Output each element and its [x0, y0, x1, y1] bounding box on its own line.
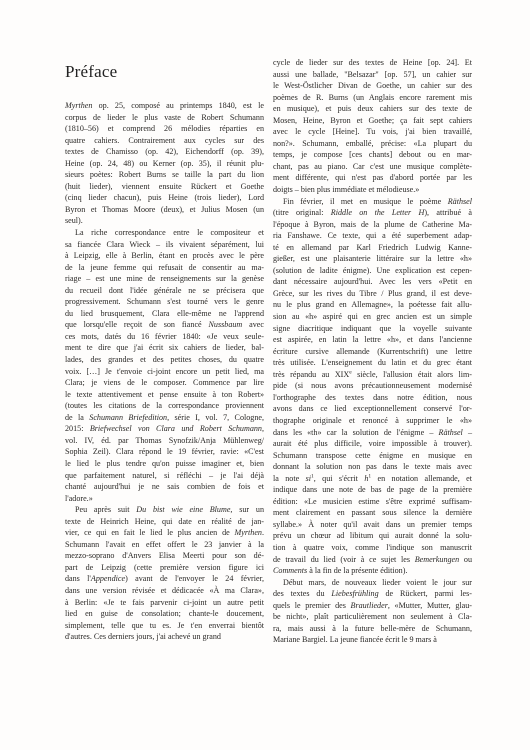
text-line: lied en guise de consolation; chante-le … [65, 608, 264, 620]
text-line: aurait été plus difficile, voire impossi… [273, 438, 472, 450]
text-line: que parfaitement naturel, si réfléchi – … [65, 470, 264, 482]
text-line: que lorsqu'elle reçoit de son fiancé Nus… [65, 319, 264, 331]
text-line: Heine (op. 24, 48) ou Kerner (op. 35), i… [65, 158, 264, 170]
text-line: l'orthographe des textes dans notre édit… [273, 392, 472, 404]
text-line: de la jeune femme qui refusait de consen… [65, 262, 264, 274]
text-line: 2015: Briefwechsel von Clara und Robert … [65, 423, 264, 435]
text-line: (titre original: Riddle on the Letter H)… [273, 207, 472, 219]
text-line: Clara; je viens de le composer. Commence… [65, 377, 264, 389]
text-line: le West-Östlicher Divan de Goethe, un ca… [273, 80, 472, 92]
text-line: syllabe.» À noter qu'il avait dans un pr… [273, 519, 472, 531]
text-line: té en allemand par Karl Friedrich Ludwig… [273, 242, 472, 254]
text-line: Myrthen op. 25, composé au printemps 184… [65, 100, 264, 112]
text-line: Mariane Bargiel. La jeune fiancée écrit … [273, 634, 472, 646]
text-line: ra, mais aussi à la future belle-mère de… [273, 623, 472, 635]
text-line: mezzo-soprano d'Anvers Elisa Meerti pour… [65, 550, 264, 562]
text-line: tion à quatre voix, comme l'indique son … [273, 542, 472, 554]
text-line: quatre cahiers. Contrairement aux cycles… [65, 135, 264, 147]
text-line: édition: «Le musicien estime s'être expr… [273, 496, 472, 508]
text-line: quels le premier des Brautlieder, «Mutte… [273, 600, 472, 612]
text-line: signe diacritique indiquant que la voyel… [273, 323, 472, 335]
text-line: texte de Heinrich Heine, qui date en réa… [65, 516, 264, 528]
text-line: Début mars, de nouveaux lieder voient le… [273, 577, 472, 589]
text-line: vol. IV, éd. par Thomas Synofzik/Anja Mü… [65, 435, 264, 447]
text-line: dans une version révisée et dédicacée «À… [65, 585, 264, 597]
text-line: l'époque à Byron, mais de la plume de Ca… [273, 219, 472, 231]
text-line: voix. […] Je t'envoie ci-joint encore un… [65, 366, 264, 378]
left-column-text: Myrthen op. 25, composé au printemps 184… [65, 100, 264, 643]
text-line: Schumann transpose cette énigme en musiq… [273, 450, 472, 462]
text-line: vier, ce qui en fait le lied le plus anc… [65, 527, 264, 539]
text-line: chant, pas au piano. Car c'est une musiq… [273, 161, 472, 173]
text-line: très répandu au XIXe siècle, l'allusion … [273, 369, 472, 381]
text-line: ment différente, qui n'est pas d'abord p… [273, 172, 472, 184]
text-line: en musique), et puis deux cahiers sur de… [273, 103, 472, 115]
right-column-text: cycle de lieder sur des textes de Heine … [273, 57, 472, 646]
text-line: be nicht», plaît particulièrement non se… [273, 611, 472, 623]
text-line: chanté aujourd'hui je ne sais combien de… [65, 481, 264, 493]
text-line: indique dans une note de bas de page de … [273, 484, 472, 496]
text-line: Byron et Thomas Moore (deux), et Julius … [65, 204, 264, 216]
text-line: du lied brusquement, Clara elle-même ne … [65, 308, 264, 320]
text-line: ces mots, datés du 16 février 1840: «Je … [65, 331, 264, 343]
text-line: ment clairement en passant sous silence … [273, 507, 472, 519]
text-line: poèmes de R. Burns (un Anglais encore ra… [273, 92, 472, 104]
text-line: sieurs poètes: Robert Burns se taille la… [65, 169, 264, 181]
text-line: le lied le plus tendre qu'on puisse imag… [65, 458, 264, 470]
text-line: du recueil dont l'idée générale ne se pr… [65, 285, 264, 297]
text-line: à Leipzig, elle à Berlin, étant en procè… [65, 250, 264, 262]
text-line: gießer, est une plaisanterie littéraire … [273, 253, 472, 265]
text-line: Mosen, Heine, Byron et Goethe; ça fait s… [273, 115, 472, 127]
text-line: donnant la solution non pas dans le text… [273, 461, 472, 473]
text-line: doigts – bien plus immédiate et mélodieu… [273, 184, 472, 196]
text-line: pide (si nous avons précautionneusement … [273, 380, 472, 392]
text-line: sa fiancée Clara Wieck – ils vivaient sé… [65, 239, 264, 251]
text-line: de la Schumann Briefedition, série I, vo… [65, 412, 264, 424]
text-line: corpus de lieder le plus vaste de Robert… [65, 112, 264, 124]
text-line: (cinq lieder chacun), puis Heine (trois … [65, 192, 264, 204]
text-line: dans les «th» car la solution de l'énigm… [273, 427, 472, 439]
text-line: (toutes les citations de la correspondan… [65, 400, 264, 412]
text-line: temps, je compose [ces chants] debout ou… [273, 149, 472, 161]
text-line: Schumann l'avait en effet offert le 23 j… [65, 539, 264, 551]
text-line: simplement, telle que tu es. Je t'en env… [65, 620, 264, 632]
text-line: l'adore.» [65, 493, 264, 505]
text-line: très utilisée. L'enseignement du latin e… [273, 357, 472, 369]
text-line: la note si1, qui s'écrit h1 en notation … [273, 473, 472, 485]
text-line: thographe originale et renoncé à supprim… [273, 415, 472, 427]
text-line: avec le cycle [Heine]. Tu vois, j'ai bie… [273, 126, 472, 138]
text-line: nu le plus grand en Allemagne», la poéte… [273, 299, 472, 311]
text-line: sion au «h» aspiré qui en grec ancien es… [273, 311, 472, 323]
text-line: de travail du lied (voir à ce sujet les … [273, 554, 472, 566]
text-line: cycle de lieder sur des textes de Heine … [273, 57, 472, 69]
text-line: écriture cursive allemande (Kurrentschri… [273, 346, 472, 358]
text-line: (solution de ladite énigme). Une explica… [273, 265, 472, 277]
text-line: ment te dire que j'ai écrit six cahiers … [65, 342, 264, 354]
text-line: Sophia Zeil). Clara répond le 19 février… [65, 446, 264, 458]
text-line: lades, des grandes et des petites choses… [65, 354, 264, 366]
text-line: prévu un chœur ad libitum qui aurait don… [273, 530, 472, 542]
text-line: est aspirée, en latin la lettre «h», et … [273, 334, 472, 346]
text-line: La riche correspondance entre le composi… [65, 227, 264, 239]
text-line: (huit lieder), viennent ensuite Rückert … [65, 181, 264, 193]
page-title: Préface [65, 62, 117, 82]
text-line: d'autres. Ces derniers jours, j'ai achev… [65, 631, 264, 643]
text-line: textes de Chamisso (op. 42), Eichendorff… [65, 146, 264, 158]
text-line: dant nécessaire aujourd'hui. Avec les ve… [273, 276, 472, 288]
text-line: part de Leipzig (cette première version … [65, 562, 264, 574]
text-line: dans l'Appendice) avant de l'envoyer le … [65, 573, 264, 585]
text-line: Grèce, sur les rives du Tibre / Plus gra… [273, 288, 472, 300]
text-line: avons dans ce lied exceptionnellement co… [273, 403, 472, 415]
text-line: Peu après suit Du bist wie eine Blume, s… [65, 504, 264, 516]
text-line: le texte attentivement et pense ensuite … [65, 389, 264, 401]
text-line: ria Fanshawe. Ce texte, qui a été superb… [273, 230, 472, 242]
text-line: à Berlin: «Je te fais parvenir ci-joint … [65, 597, 264, 609]
text-line: Fin février, il met en musique le poème … [273, 196, 472, 208]
text-line: aussi une ballade, "Belsazar" [op. 57], … [273, 69, 472, 81]
text-line: progressivement. Schumann s'est tourné v… [65, 296, 264, 308]
text-line: riage – est une mine de renseignements s… [65, 273, 264, 285]
text-line: Comments à la fin de la présente édition… [273, 565, 472, 577]
text-line: (1810–56) et comprend 26 mélodies répart… [65, 123, 264, 135]
text-line: seul). [65, 215, 264, 227]
text-line: des textes du Liebesfrühling de Rückert,… [273, 588, 472, 600]
text-line: non?». Schumann, emballé, précise: «La p… [273, 138, 472, 150]
